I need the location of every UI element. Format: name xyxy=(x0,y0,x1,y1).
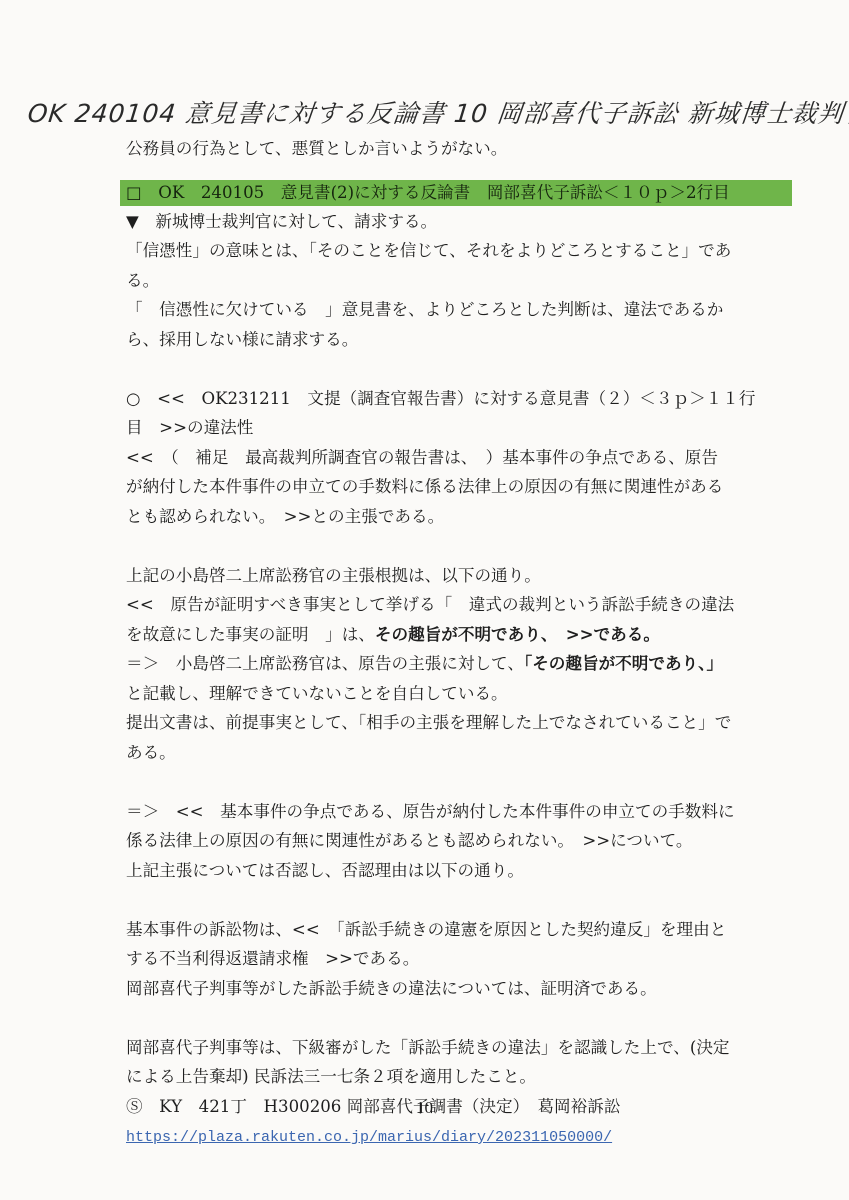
text-line: 公務員の行為として、悪質としか言いようがない。 xyxy=(126,134,786,164)
highlighted-heading: □ OK 240105 意見書(2)に対する反論書 岡部喜代子訴訟＜１０ｐ＞2行… xyxy=(120,180,792,206)
text-line: を故意にした事実の証明 」は、その趣旨が不明であり、 >>である。 xyxy=(126,620,786,650)
text-line: 岡部喜代子判事等は、下級審がした「訴訟手続きの違法」を認識した上で、(決定 xyxy=(126,1033,786,1063)
text-line: << （ 補足 最高裁判所調査官の報告書は、 ）基本事件の争点である、原告 xyxy=(126,443,786,473)
bold-text: その趣旨が不明であり、 >>である。 xyxy=(375,624,660,644)
text-line: 基本事件の訴訟物は、<< 「訴訟手続きの違憲を原因とした契約違反」を理由と xyxy=(126,915,786,945)
diary-link[interactable]: https://plaza.rakuten.co.jp/marius/diary… xyxy=(126,1129,612,1146)
page-number: 10 xyxy=(0,1098,849,1118)
link-line: https://plaza.rakuten.co.jp/marius/diary… xyxy=(126,1121,786,1151)
text-span: ＝＞ 小島啓二上席訟務官は、原告の主張に対して、 xyxy=(126,654,524,673)
text-line: ある。 xyxy=(126,738,786,768)
text-line: が納付した本件事件の申立ての手数料に係る法律上の原因の有無に関連性がある xyxy=(126,472,786,502)
text-line: 上記主張については否認し、否認理由は以下の通り。 xyxy=(126,856,786,886)
text-line: 係る法律上の原因の有無に関連性があるとも認められない。 >>について。 xyxy=(126,826,786,856)
text-line: ＝＞ 小島啓二上席訟務官は、原告の主張に対して、「その趣旨が不明であり、」 xyxy=(126,649,786,679)
text-line: 「信憑性」の意味とは、「そのことを信じて、それをよりどころとすること」であ xyxy=(126,236,786,266)
section-heading: ○ << OK231211 文提（調査官報告書）に対する意見書（２）＜３ｐ＞１１… xyxy=(126,384,786,414)
text-line: とも認められない。 >>との主張である。 xyxy=(126,502,786,532)
text-line: る。 xyxy=(126,266,786,296)
text-line: する不当利得返還請求権 >>である。 xyxy=(126,944,786,974)
text-line: 提出文書は、前提事実として、「相手の主張を理解した上でなされていること」で xyxy=(126,708,786,738)
text-line: ＝＞ << 基本事件の争点である、原告が納付した本件事件の申立ての手数料に xyxy=(126,797,786,827)
text-line: と記載し、理解できていないことを自白している。 xyxy=(126,679,786,709)
text-line: による上告棄却) 民訴法三一七条２項を適用したこと。 xyxy=(126,1062,786,1092)
text-line: 「 信憑性に欠けている 」意見書を、よりどころとした判断は、違法であるか xyxy=(126,295,786,325)
request-line: ▼ 新城博士裁判官に対して、請求する。 xyxy=(126,207,786,237)
bold-text: 「その趣旨が不明であり、」 xyxy=(524,653,723,673)
document-body: 公務員の行為として、悪質としか言いようがない。 □ OK 240105 意見書(… xyxy=(126,134,786,1151)
text-line: << 原告が証明すべき事実として挙げる「 違式の裁判という訴訟手続きの違法 xyxy=(126,590,786,620)
document-page: OK 240104 意見書に対する反論書 10 岡部喜代子訴訟 新城博士裁判官 … xyxy=(0,0,849,1200)
text-span: を故意にした事実の証明 」は、 xyxy=(126,625,375,644)
text-line: 上記の小島啓二上席訟務官の主張根拠は、以下の通り。 xyxy=(126,561,786,591)
text-line: 岡部喜代子判事等がした訴訟手続きの違法については、証明済である。 xyxy=(126,974,786,1004)
text-line: ら、採用しない様に請求する。 xyxy=(126,325,786,355)
text-line: 目 >>の違法性 xyxy=(126,413,786,443)
handwritten-header: OK 240104 意見書に対する反論書 10 岡部喜代子訴訟 新城博士裁判官 xyxy=(26,94,849,130)
